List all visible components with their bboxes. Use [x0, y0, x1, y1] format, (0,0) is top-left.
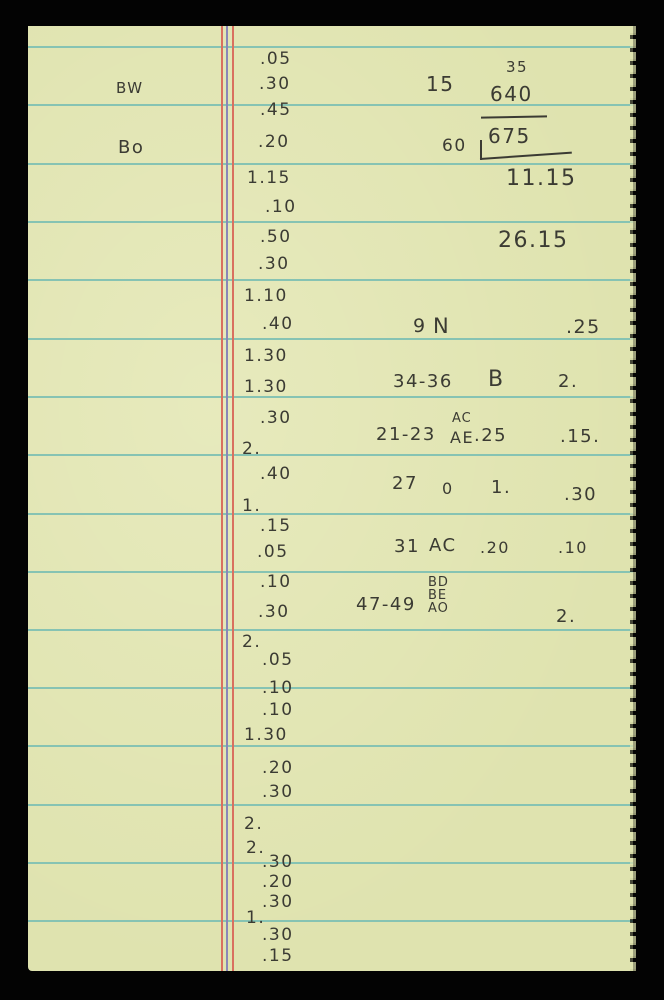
sum-line: [481, 115, 547, 118]
entry-mid: 1.: [491, 479, 511, 497]
ruled-line: [28, 163, 633, 165]
amount-entry: 2.: [242, 441, 261, 458]
entry-amount: .30: [564, 486, 597, 504]
division-line: [480, 152, 572, 160]
torn-edge: [630, 26, 636, 971]
amount-entry: .45: [260, 102, 292, 119]
amount-entry: .05: [257, 544, 289, 561]
amount-entry: 2.: [242, 634, 261, 651]
amount-entry: .10: [262, 702, 294, 719]
amount-entry: .05: [260, 51, 292, 68]
amount-entry: .10: [265, 199, 297, 216]
amount-entry: 1.30: [244, 727, 288, 744]
margin-line-blue: [226, 26, 228, 971]
calc-divisor: 60: [442, 138, 467, 155]
amount-entry: .20: [262, 760, 294, 777]
amount-entry: 1.15: [247, 170, 291, 187]
ruled-line: [28, 862, 633, 864]
calc-left-top: 15: [426, 74, 454, 94]
amount-entry: .15: [262, 948, 294, 965]
amount-entry: .30: [260, 410, 292, 427]
label-bw: BW: [116, 81, 144, 96]
ruled-line: [28, 745, 633, 747]
ruled-line: [28, 338, 633, 340]
amount-entry: .40: [260, 466, 292, 483]
amount-entry: .10: [260, 574, 292, 591]
entry-amount: 2.: [558, 373, 578, 391]
entry-code-top: AC: [452, 412, 472, 425]
amount-entry: .40: [262, 316, 294, 333]
calc-addend-1: 35: [506, 60, 528, 75]
amount-entry: 1.10: [244, 288, 288, 305]
amount-entry: 1.: [242, 498, 261, 515]
entry-code: B: [488, 369, 505, 391]
entry-ref: 21-23: [376, 426, 436, 444]
calc-quotient: 11.15: [506, 168, 576, 190]
entry-amount: .25: [566, 318, 601, 337]
label-bo: Bo: [118, 139, 144, 157]
ruled-line: [28, 46, 633, 48]
amount-entry: .10: [262, 680, 294, 697]
margin-line-red: [221, 26, 223, 971]
margin-line-red: [232, 26, 234, 971]
calc-total: 26.15: [498, 230, 568, 252]
amount-entry: .30: [258, 604, 290, 621]
entry-mid: .25: [474, 427, 507, 445]
ruled-line: [28, 454, 633, 456]
entry-code: 0: [442, 481, 454, 497]
entry-code: AC: [429, 537, 457, 555]
entry-ref: 9: [413, 317, 427, 336]
entry-ref: 31: [394, 538, 420, 556]
ruled-line: [28, 629, 633, 631]
entry-ref: 27: [392, 475, 418, 493]
amount-entry: .05: [262, 652, 294, 669]
ruled-line: [28, 920, 633, 922]
amount-entry: 2.: [244, 816, 263, 833]
amount-entry: .30: [258, 256, 290, 273]
entry-ref: 47-49: [356, 596, 416, 614]
entry-amount: .15.: [560, 428, 600, 446]
ruled-line: [28, 221, 633, 223]
ruled-line: [28, 104, 633, 106]
amount-entry: 1.30: [244, 348, 288, 365]
amount-entry: .30: [262, 854, 294, 871]
entry-ref: 34-36: [393, 373, 453, 391]
ruled-line: [28, 279, 633, 281]
ruled-line: [28, 571, 633, 573]
ruled-line: [28, 687, 633, 689]
amount-entry: .20: [262, 874, 294, 891]
calc-addend-2: 640: [490, 84, 533, 104]
entry-amount: 2.: [556, 608, 576, 626]
entry-code: AE: [450, 430, 474, 446]
entry-amount: .10: [558, 540, 588, 556]
entry-code: N: [433, 316, 450, 337]
calc-sum: 675: [488, 126, 531, 146]
entry-code-stack: BD BE AO: [428, 576, 449, 615]
amount-entry: .30: [262, 894, 294, 911]
amount-entry: .50: [260, 229, 292, 246]
legal-pad-sheet: BW Bo .05 .30 .45 .20 1.15 .10 .50 .30 1…: [28, 26, 633, 971]
amount-entry: .15: [260, 518, 292, 535]
entry-mid: .20: [480, 540, 510, 556]
amount-entry: 1.30: [244, 379, 288, 396]
amount-entry: .20: [258, 134, 290, 151]
ruled-line: [28, 396, 633, 398]
entry-code: AO: [428, 602, 449, 615]
amount-entry: .30: [262, 784, 294, 801]
amount-entry: .30: [262, 927, 294, 944]
amount-entry: .30: [259, 76, 291, 93]
ruled-line: [28, 513, 633, 515]
ruled-line: [28, 804, 633, 806]
